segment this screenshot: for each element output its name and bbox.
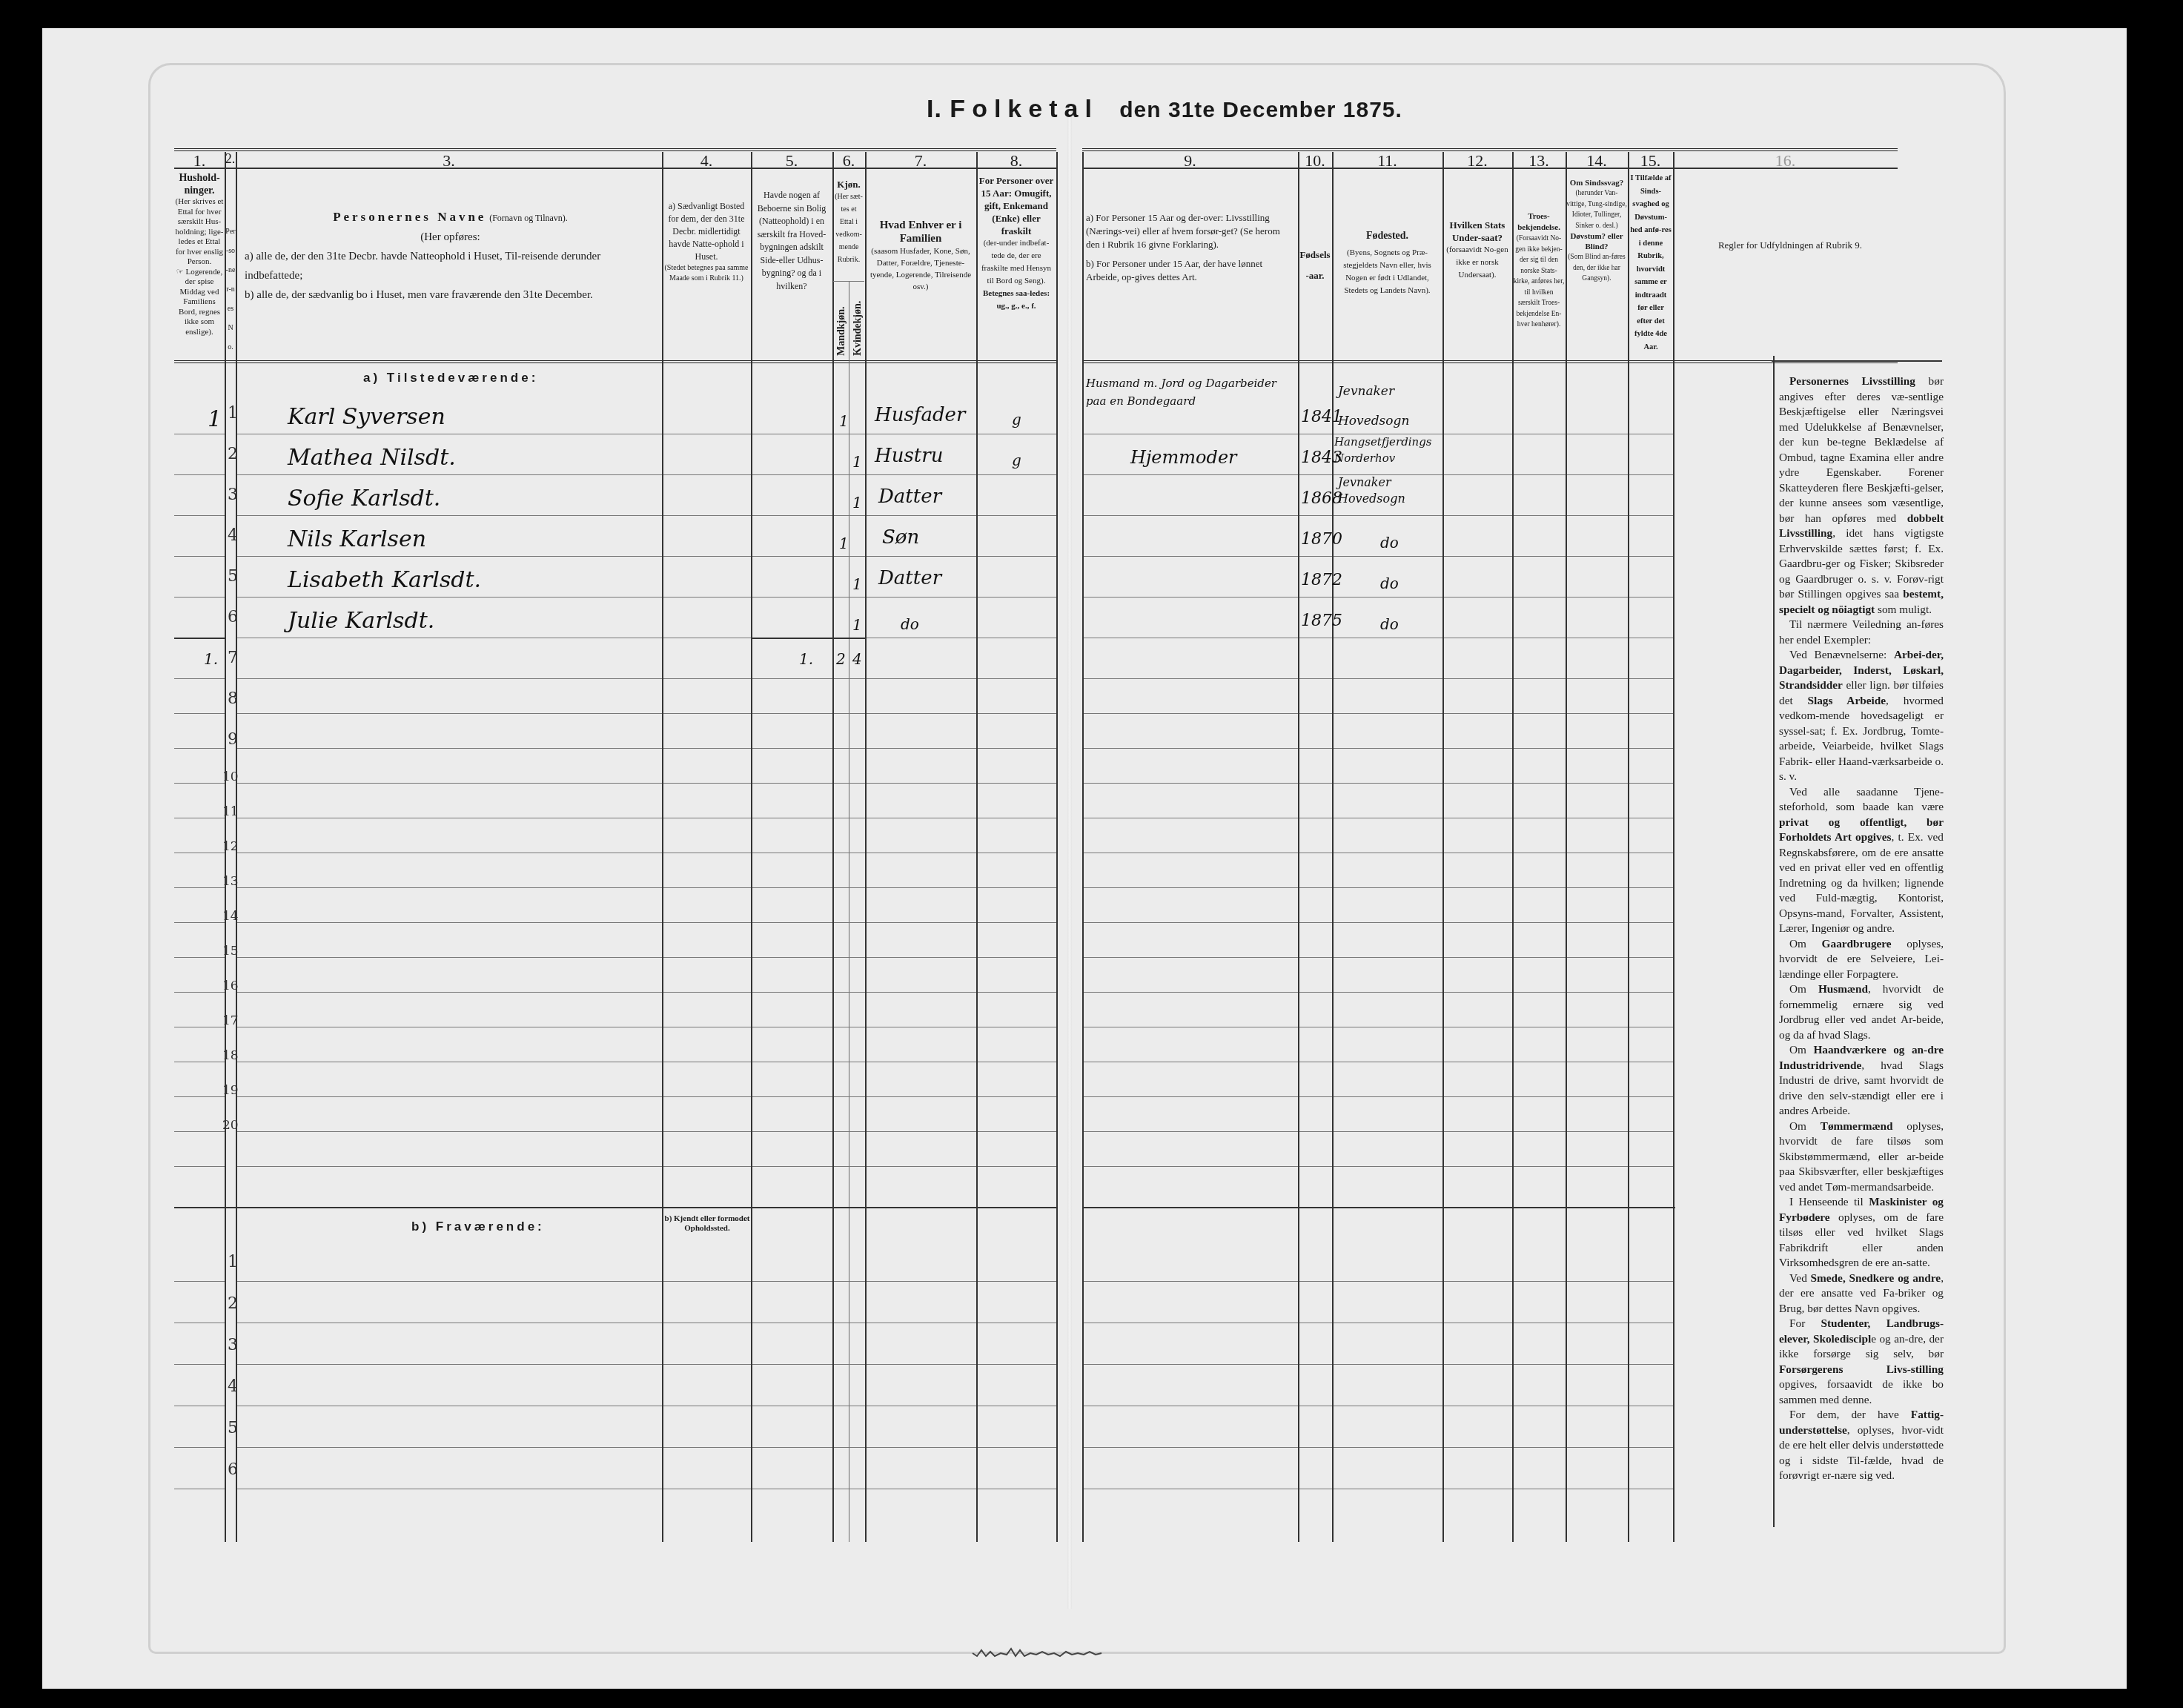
row-rule (1334, 515, 1442, 516)
header-col-14-title2: Døvstum? eller Blind? (1566, 231, 1627, 252)
row-rule (834, 678, 865, 679)
row-rule (1514, 1323, 1566, 1323)
row-rule (1299, 713, 1332, 714)
row-rule (1084, 1131, 1298, 1132)
col-divider-3 (662, 152, 663, 1542)
row-rule (978, 922, 1056, 923)
header-col-5: Havde nogen af Beboerne sin Bolig (Natte… (752, 189, 831, 293)
row-rule (752, 922, 832, 923)
birthplace: Hangsetfjerdings Norderhov (1334, 434, 1442, 466)
col-divider-11 (1442, 152, 1444, 1542)
row-rule (174, 597, 225, 598)
row-rule (834, 1364, 865, 1365)
row-rule (174, 1096, 225, 1097)
row-rule (834, 597, 865, 598)
row-rule (752, 1489, 832, 1489)
row-rule (1514, 853, 1566, 853)
header-col-1: Hushold-ninger. (Her skrives et Ettal fo… (175, 172, 224, 337)
row-number: 18 (222, 1048, 237, 1063)
row-number: 17 (222, 1013, 237, 1028)
row-rule (1567, 1166, 1628, 1167)
row-rule (1299, 922, 1332, 923)
row-rule (1567, 1364, 1628, 1365)
row-rule (867, 853, 976, 853)
row-rule (978, 1062, 1056, 1062)
col-divider-14 (1628, 152, 1629, 1542)
birth-year: 1841 (1301, 408, 1342, 426)
row-rule (1299, 1364, 1332, 1365)
row-rule (1629, 556, 1673, 557)
row-rule (1514, 957, 1566, 958)
column-number-16: 16. (1673, 151, 1898, 171)
row-rule (174, 783, 225, 784)
row-rule (1514, 434, 1566, 434)
row-rule (1567, 597, 1628, 598)
row-rule (1084, 597, 1298, 598)
row-rule (752, 1323, 832, 1323)
row-rule (1084, 853, 1298, 853)
row-rule (663, 1364, 751, 1365)
row-rule (663, 748, 751, 749)
family-role: Hustru (875, 445, 943, 467)
title-prefix: I. (927, 95, 942, 123)
row-rule (752, 434, 832, 434)
row-rule (237, 1281, 662, 1282)
row-number: 20 (222, 1118, 237, 1133)
row-rule (1334, 1323, 1442, 1323)
row-rule (663, 1447, 751, 1448)
row-rule (978, 1166, 1056, 1167)
row-rule (1334, 1489, 1442, 1489)
rules-paragraph: Om Tømmermænd oplyses, hvorvidt de fare … (1779, 1119, 1944, 1196)
row-rule (174, 1364, 225, 1365)
row-rule (237, 1489, 662, 1489)
row-rule (834, 1096, 865, 1097)
birth-year: 1870 (1301, 530, 1342, 549)
row-rule (834, 556, 865, 557)
row-rule (1299, 957, 1332, 958)
birthplace: do (1380, 575, 1399, 592)
row-rule (237, 853, 662, 853)
row-rule (1444, 818, 1512, 818)
family-role: Datter (878, 567, 941, 589)
row-rule (663, 1027, 751, 1027)
row-rule (237, 434, 662, 434)
header-bottom-rule-left (174, 360, 1056, 363)
row-rule (1084, 1447, 1298, 1448)
row-number: 15 (222, 944, 237, 959)
row-rule (978, 1323, 1056, 1323)
row-rule (1567, 748, 1628, 749)
row-rule (978, 1281, 1056, 1282)
row-rule (174, 678, 225, 679)
row-rule (1567, 434, 1628, 434)
row-rule (1444, 713, 1512, 714)
col-divider-9 (1298, 152, 1299, 1542)
header-col-10: Fødsels-aar. (1299, 245, 1331, 286)
row-rule (978, 638, 1056, 638)
row-rule (1514, 992, 1566, 993)
absent-row-number: 5 (225, 1419, 240, 1437)
row-rule (1444, 434, 1512, 434)
row-rule (1299, 992, 1332, 993)
row-rule (834, 1166, 865, 1167)
row-number: 14 (222, 909, 237, 924)
row-rule (1444, 1447, 1512, 1448)
sex-female-mark: 1 (852, 575, 862, 593)
rules-paragraph: For Studenter, Landbrugs-elever, Skoledi… (1779, 1317, 1944, 1408)
row-rule (1514, 1027, 1566, 1027)
row-rule (1084, 713, 1298, 714)
row-rule (1299, 556, 1332, 557)
row-rule (663, 1281, 751, 1282)
row-rule (834, 1131, 865, 1132)
row-number: 8 (225, 689, 240, 708)
row-rule (978, 748, 1056, 749)
col-divider-8 (1056, 152, 1058, 1542)
rules-paragraph: Ved Benævnelserne: Arbei-der, Dagarbeide… (1779, 648, 1944, 785)
row-rule (752, 783, 832, 784)
row-rule (752, 1281, 832, 1282)
row-rule (978, 853, 1056, 853)
row-rule (752, 957, 832, 958)
row-rule (1299, 1131, 1332, 1132)
row-rule (1299, 638, 1332, 638)
row-rule (663, 853, 751, 853)
row-rule (174, 713, 225, 714)
row-rule (1299, 818, 1332, 818)
row-rule (1334, 887, 1442, 888)
row-rule (1514, 748, 1566, 749)
row-rule (663, 1096, 751, 1097)
row-rule (1334, 853, 1442, 853)
occupation: Husmand m. Jord og Dagarbeider paa en Bo… (1086, 374, 1297, 410)
header-col-6-title: Kjøn. (833, 178, 864, 191)
row-rule (1084, 474, 1298, 475)
row-rule (834, 922, 865, 923)
row-rule (1299, 1166, 1332, 1167)
row-rule (1334, 783, 1442, 784)
row-rule (752, 818, 832, 818)
row-rule (978, 1027, 1056, 1027)
row-rule (978, 1406, 1056, 1406)
row-rule (1084, 1281, 1298, 1282)
row-rule (237, 1447, 662, 1448)
row-number: 3 (225, 486, 240, 504)
birthplace: Jevnaker Hovedsogn (1338, 474, 1442, 507)
row-rule (174, 1062, 225, 1062)
row-rule (1629, 922, 1673, 923)
row-rule (1567, 1027, 1628, 1027)
col-divider-15 (1673, 152, 1674, 1542)
row-rule (237, 1406, 662, 1406)
row-rule (752, 713, 832, 714)
column-number-10: 10. (1298, 151, 1332, 171)
row-rule (978, 957, 1056, 958)
row-rule (174, 1281, 225, 1282)
row-rule (978, 818, 1056, 818)
row-rule (1334, 713, 1442, 714)
row-rule (867, 957, 976, 958)
row-rule (1334, 638, 1442, 638)
row-rule (1514, 783, 1566, 784)
absent-row-number: 3 (225, 1336, 240, 1354)
header-col-9-item-a: a) For Personer 15 Aar og der-over: Livs… (1086, 211, 1295, 251)
row-rule (1334, 1096, 1442, 1097)
row-rule (1567, 818, 1628, 818)
row-rule (1567, 515, 1628, 516)
row-rule (1514, 1364, 1566, 1365)
row-rule (752, 1027, 832, 1027)
header-col-12: Hvilken Stats Under-saat? (forsaavidt No… (1443, 219, 1511, 282)
header-col-11: Fødested. (Byens, Sognets og Præ-stegjel… (1334, 226, 1441, 297)
row-rule (1629, 1027, 1673, 1027)
row-rule (174, 887, 225, 888)
birthplace: do (1380, 534, 1399, 552)
row-rule (752, 515, 832, 516)
header-col-14-note2: (Som Blind an-føres den, der ikke har Ga… (1566, 252, 1627, 285)
row-rule (834, 818, 865, 818)
row-rule (237, 1131, 662, 1132)
row-rule (663, 638, 751, 638)
birth-year: 1868 (1301, 489, 1342, 508)
row-rule (237, 515, 662, 516)
row-rule (1444, 1489, 1512, 1489)
row-rule (237, 887, 662, 888)
row-rule (1084, 887, 1298, 888)
row-rule (834, 1281, 865, 1282)
row-rule (174, 556, 225, 557)
row-rule (1567, 1281, 1628, 1282)
row-rule (1084, 957, 1298, 958)
row-rule (1084, 1027, 1298, 1027)
row-rule (752, 1406, 832, 1406)
row-rule (1299, 1027, 1332, 1027)
row-rule (834, 1323, 865, 1323)
row-rule (1514, 638, 1566, 638)
row-rule (1514, 1281, 1566, 1282)
column-number-11: 11. (1332, 151, 1442, 171)
row-rule (1084, 992, 1298, 993)
row-rule (1444, 783, 1512, 784)
row-rule (1444, 992, 1512, 993)
row-rule (1084, 434, 1298, 434)
row-rule (1444, 1131, 1512, 1132)
row-rule (1334, 1166, 1442, 1167)
column-number-1: 1. (174, 151, 225, 171)
row-rule (1444, 1096, 1512, 1097)
col-divider-5 (832, 152, 834, 1542)
header-col-11-title: Fødested. (1334, 226, 1441, 247)
row-rule (1334, 1131, 1442, 1132)
row-rule (1567, 957, 1628, 958)
row-rule (1299, 1489, 1332, 1489)
row-rule (1444, 1406, 1512, 1406)
header-col-3-item-b: b) alle de, der sædvanlig bo i Huset, me… (245, 285, 656, 305)
header-col-6-female: Kvindekjøn. (852, 293, 864, 356)
row-rule (1629, 1166, 1673, 1167)
column-number-7: 7. (865, 151, 976, 171)
header-col-13-note: (Forsaavidt No-gen ikke bekjen-der sig t… (1513, 234, 1565, 331)
row-rule (1629, 1364, 1673, 1365)
row-rule (663, 1406, 751, 1406)
totals-rule-col1 (174, 638, 225, 639)
row-rule (1334, 1364, 1442, 1365)
row-rule (867, 992, 976, 993)
row-rule (1299, 678, 1332, 679)
row-rule (867, 748, 976, 749)
row-rule (978, 992, 1056, 993)
header-col-8-note2: Betegnes saa-ledes: ug., g., e., f. (978, 288, 1055, 313)
column-number-9: 9. (1082, 151, 1298, 171)
row-rule (237, 1364, 662, 1365)
column-number-3: 3. (236, 151, 662, 171)
row-rule (1299, 1281, 1332, 1282)
row-rule (1084, 1166, 1298, 1167)
header-col-7-title: Hvad Enhver er i Familien (867, 219, 975, 245)
row-rule (237, 1062, 662, 1062)
header-col-3-title: Personernes Navne (333, 210, 486, 224)
row-rule (1334, 992, 1442, 993)
row-rule (174, 853, 225, 853)
row-rule (174, 515, 225, 516)
row-rule (174, 818, 225, 818)
column-number-12: 12. (1442, 151, 1512, 171)
row-rule (867, 922, 976, 923)
row-rule (867, 678, 976, 679)
occupation: Hjemmoder (1130, 447, 1237, 468)
header-col-6: Kjøn. (Her sæt-tes et Ettal i vedkom-men… (833, 178, 864, 266)
row-rule (867, 515, 976, 516)
rules-paragraph: Personernes Livsstilling bør angives eft… (1779, 374, 1944, 618)
col-divider-6 (865, 152, 867, 1542)
row-rule (174, 1131, 225, 1132)
row-rule (663, 1131, 751, 1132)
row-rule (1084, 1364, 1298, 1365)
row-rule (663, 922, 751, 923)
row-rule (1514, 887, 1566, 888)
row-rule (1084, 1062, 1298, 1062)
row-rule (1084, 556, 1298, 557)
row-rule (1299, 748, 1332, 749)
family-role: do (901, 615, 919, 633)
total-col5: 1. (799, 650, 813, 668)
row-rule (1567, 556, 1628, 557)
row-rule (1444, 853, 1512, 853)
row-rule (663, 434, 751, 434)
row-rule (978, 1447, 1056, 1448)
row-rule (1444, 678, 1512, 679)
row-number: 4 (225, 526, 240, 545)
person-name: Karl Syversen (288, 404, 445, 430)
row-rule (978, 515, 1056, 516)
row-rule (1567, 853, 1628, 853)
row-rule (867, 713, 976, 714)
row-rule (752, 1131, 832, 1132)
row-rule (978, 474, 1056, 475)
row-rule (174, 1323, 225, 1323)
column-number-14: 14. (1566, 151, 1628, 171)
header-col-2: Per-so-ner-nes No. (225, 222, 236, 357)
row-rule (1567, 1489, 1628, 1489)
row-number: 10 (222, 769, 237, 784)
row-rule (1629, 1489, 1673, 1489)
page-title: I. Folketal den 31te December 1875. (927, 95, 1402, 124)
column-number-5: 5. (751, 151, 832, 171)
row-rule (867, 1062, 976, 1062)
row-rule (174, 922, 225, 923)
row-rule (867, 1096, 976, 1097)
marital-status: g (1012, 451, 1021, 469)
row-rule (1629, 1447, 1673, 1448)
column-number-13: 13. (1512, 151, 1566, 171)
row-rule (1567, 638, 1628, 638)
absent-row-number: 1 (225, 1253, 240, 1271)
rules-paragraph: Om Haandværkere og an-dre Industridriven… (1779, 1043, 1944, 1119)
row-rule (752, 1447, 832, 1448)
row-rule (867, 1166, 976, 1167)
row-rule (663, 678, 751, 679)
row-rule (1299, 783, 1332, 784)
row-rule (663, 783, 751, 784)
row-rule (752, 597, 832, 598)
row-rule (978, 783, 1056, 784)
row-rule (834, 853, 865, 853)
row-rule (1299, 853, 1332, 853)
col-6-sub-rule (833, 281, 864, 282)
header-col-9-item-b: b) For Personer under 15 Aar, der have l… (1086, 257, 1295, 284)
header-col-3-subtitle: (Fornavn og Tilnavn). (489, 213, 568, 223)
row-rule (1514, 1131, 1566, 1132)
row-rule (1334, 748, 1442, 749)
row-rule (752, 992, 832, 993)
row-rule (867, 1281, 976, 1282)
row-rule (834, 1062, 865, 1062)
header-col-1-title: Hushold-ninger. (175, 172, 224, 197)
row-rule (1567, 1062, 1628, 1062)
row-rule (1299, 1447, 1332, 1448)
row-rule (867, 1323, 976, 1323)
marital-status: g (1012, 411, 1021, 428)
row-rule (978, 1131, 1056, 1132)
row-rule (834, 434, 865, 434)
birthplace: do (1380, 615, 1399, 633)
rules-paragraph: Om Husmænd, hvorvidt de fornemmelig ernæ… (1779, 982, 1944, 1043)
column-number-2: 2. (225, 151, 236, 167)
row-rule (1629, 818, 1673, 818)
row-rule (978, 1489, 1056, 1489)
rubrik-16-rules-text: Personernes Livsstilling bør angives eft… (1779, 374, 1944, 1484)
row-rule (867, 1489, 976, 1489)
total-male: 2 (836, 650, 846, 668)
row-rule (1629, 638, 1673, 638)
row-rule (1629, 1323, 1673, 1323)
header-col-14: Om Sindssvag? (herunder Van-vittige, Tun… (1566, 178, 1627, 285)
row-rule (1299, 887, 1332, 888)
family-role: Søn (882, 526, 919, 549)
row-rule (237, 556, 662, 557)
row-rule (1567, 992, 1628, 993)
row-rule (1084, 922, 1298, 923)
person-name: Sofie Karlsdt. (288, 486, 440, 512)
header-col-6-male: Mandkjøn. (836, 293, 848, 356)
row-number: 13 (222, 874, 237, 889)
birth-year: 1872 (1301, 571, 1342, 589)
rules-top-rule (1772, 360, 1942, 362)
header-col-14-title: Om Sindssvag? (1566, 178, 1627, 188)
row-rule (663, 1489, 751, 1489)
row-rule (1629, 434, 1673, 434)
